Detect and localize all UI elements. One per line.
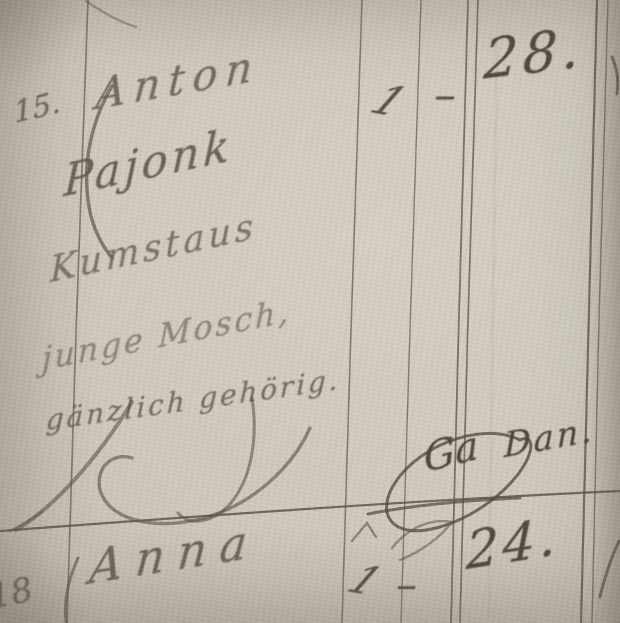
row1-number: 28. xyxy=(482,15,585,91)
register-page: 15. Anton Pajonk Kumstaus junge Mosch, g… xyxy=(0,0,620,623)
edge-stroke-bottom-right xyxy=(600,541,619,597)
row1-dash: – xyxy=(434,70,456,121)
column-rule-margin xyxy=(67,0,88,623)
edge-stroke-top-right xyxy=(612,57,618,94)
signature-check-stroke xyxy=(352,523,376,541)
stray-stroke-top xyxy=(86,1,136,27)
paraph-loop xyxy=(99,428,310,523)
row2-dash: – xyxy=(396,560,417,609)
column-rule-2 xyxy=(342,0,362,623)
